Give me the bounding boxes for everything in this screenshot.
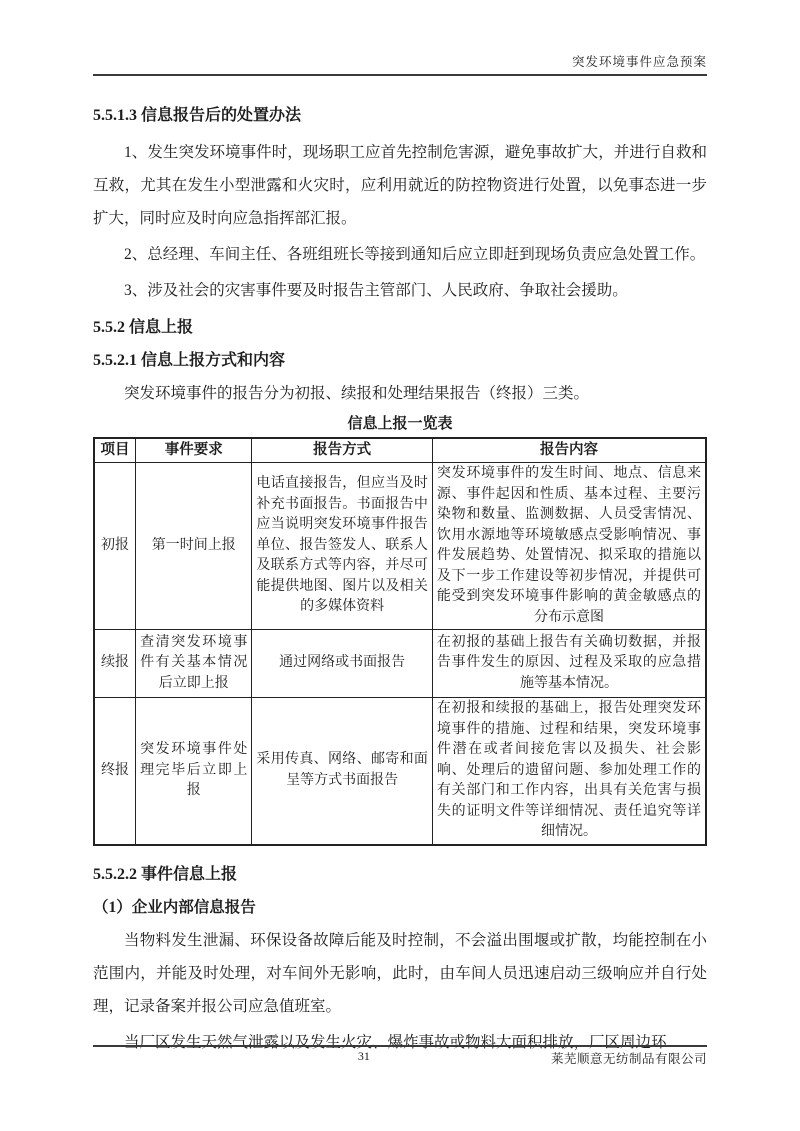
paragraph-1: 1、发生突发环境事件时，现场职工应首先控制危害源，避免事故扩大，并进行自救和互救… [93,136,707,235]
section-heading-552: 5.5.2 信息上报 [93,311,707,344]
table-row: 续报 查清突发环境事件有关基本情况后立即上报 通过网络或书面报告 在初报的基础上… [94,630,706,698]
header-title: 突发环境事件应急预案 [572,55,707,69]
info-report-table: 项目 事件要求 报告方式 报告内容 初报 第一时间上报 电话直接报告，但应当及时… [93,437,707,846]
paragraph-5: 当物料发生泄漏、环保设备故障后能及时控制，不会溢出围堰或扩散，均能控制在小范围内… [93,924,707,1023]
cell-method: 电话直接报告，但应当及时补充书面报告。书面报告中应当说明突发环境事件报告单位、报… [252,463,433,630]
table-header-requirement: 事件要求 [136,438,252,463]
footer-company: 莱芜顺意无纺制品有限公司 [454,1049,707,1067]
cell-requirement: 查清突发环境事件有关基本情况后立即上报 [136,630,252,698]
table-row: 终报 突发环境事件处理完毕后立即上报 采用传真、网络、邮寄和面呈等方式书面报告 … [94,698,706,845]
footer-page-number: 31 [274,1049,455,1064]
paragraph-2: 2、总经理、车间主任、各班组班长等接到通知后应立即赶到现场负责应急处置工作。 [93,238,707,271]
cell-method: 采用传真、网络、邮寄和面呈等方式书面报告 [252,698,433,845]
table-row: 初报 第一时间上报 电话直接报告，但应当及时补充书面报告。书面报告中应当说明突发… [94,463,706,630]
cell-content: 突发环境事件的发生时间、地点、信息来源、事件起因和性质、基本过程、主要污染物和数… [432,463,706,630]
table-header-method: 报告方式 [252,438,433,463]
cell-item: 续报 [94,630,136,698]
paragraph-3: 3、涉及社会的灾害事件要及时报告主管部门、人民政府、争取社会援助。 [93,274,707,307]
section-heading-5521: 5.5.2.1 信息上报方式和内容 [93,344,707,377]
paragraph-4: 突发环境事件的报告分为初报、续报和处理结果报告（终报）三类。 [93,377,707,410]
cell-content: 在初报和续报的基础上，报告处理突发环境事件的措施、过程和结果，突发环境事件潜在或… [432,698,706,845]
cell-requirement: 突发环境事件处理完毕后立即上报 [136,698,252,845]
table-header-row: 项目 事件要求 报告方式 报告内容 [94,438,706,463]
cell-requirement: 第一时间上报 [136,463,252,630]
cell-method: 通过网络或书面报告 [252,630,433,698]
cell-content: 在初报的基础上报告有关确切数据，并报告事件发生的原因、过程及采取的应急措施等基本… [432,630,706,698]
section-heading-5522: 5.5.2.2 事件信息上报 [93,858,707,891]
document-page: 突发环境事件应急预案 5.5.1.3 信息报告后的处置办法 1、发生突发环境事件… [0,0,800,1131]
table-title: 信息上报一览表 [93,411,707,437]
page-header: 突发环境事件应急预案 [93,52,707,76]
section-heading-5513: 5.5.1.3 信息报告后的处置办法 [93,99,707,132]
cell-item: 终报 [94,698,136,845]
table-header-item: 项目 [94,438,136,463]
subsection-heading-enterprise: （1）企业内部信息报告 [93,891,707,924]
cell-item: 初报 [94,463,136,630]
page-footer: 31 莱芜顺意无纺制品有限公司 [93,1045,707,1067]
table-header-content: 报告内容 [432,438,706,463]
